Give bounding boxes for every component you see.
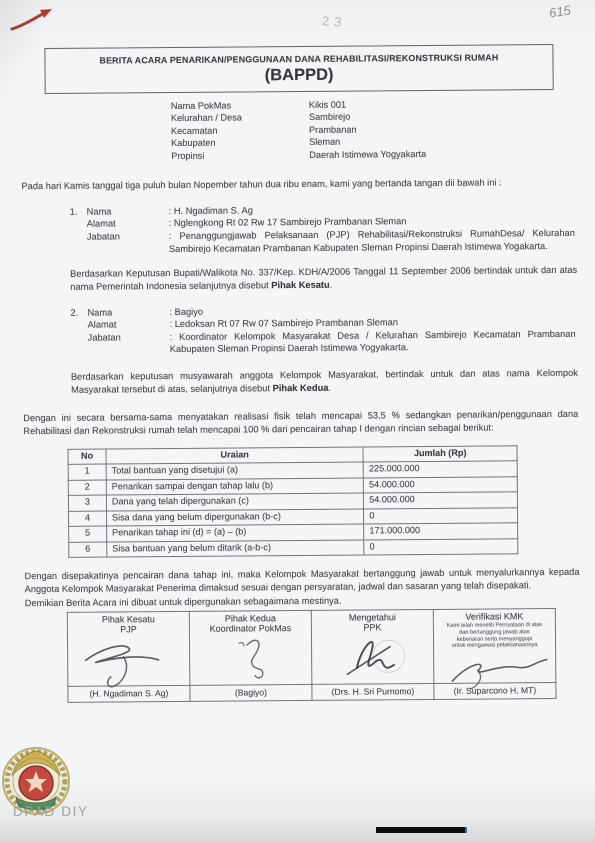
fisik-percentage: 53,5 %: [368, 411, 400, 421]
header-no: No: [68, 449, 106, 465]
party1-block: 1. Nama : H. Ngadiman S. Ag Alamat : Ngl…: [70, 202, 575, 256]
indent-spacer: [71, 331, 88, 356]
cell-uraian: Sisa bantuan yang belum ditarik (a-b-c): [107, 540, 364, 558]
indent-spacer: [70, 319, 87, 332]
cell-jumlah: 54.000.000: [364, 476, 518, 493]
pihak-kesatu-term: Pihak Kesatu: [271, 280, 329, 290]
party1-alamat-label: Alamat: [87, 217, 169, 230]
funds-table: No Uraian Jumlah (Rp) 1 Total bantuan ya…: [68, 445, 519, 558]
party1-jabatan-label: Jabatan: [87, 230, 169, 256]
pokmas-label: Propinsi: [171, 149, 309, 162]
party2-jabatan-value: : Koordinator Kelompok Masyarakat Desa /…: [170, 328, 576, 356]
signature-scribble-kmk: [434, 643, 555, 700]
pokmas-value: Prambanan: [309, 123, 357, 136]
cell-jumlah: 171.000.000: [364, 523, 518, 540]
cell-no: 2: [68, 480, 106, 496]
party2-block: 2. Nama : Bagiyo Alamat : Ledoksan Rt 07…: [70, 302, 575, 356]
scanned-document-page: BERITA ACARA PENARIKAN/PENGGUNAAN DANA R…: [0, 0, 595, 842]
signature-cell-ppk: Mengetahui PPK: [311, 610, 434, 685]
party1-jabatan-value: : Penanggungjawab Pelaksanaan (PJP) Reha…: [169, 227, 575, 255]
party1-nama-label: Nama: [87, 205, 169, 218]
closing-paragraph: Dengan disepakatinya pencairan dana taha…: [24, 566, 579, 596]
red-pen-check-mark: [10, 8, 54, 32]
document-title-abbrev: (BAPPD): [56, 64, 543, 87]
cell-no: 3: [68, 495, 106, 511]
party2-nama-label: Nama: [87, 306, 169, 319]
realisasi-paragraph: Dengan ini secara bersama-sama menyataka…: [23, 408, 578, 438]
redaction-bar: [376, 827, 467, 833]
signature-scribble-ppk: [312, 628, 433, 685]
header-jumlah: Jumlah (Rp): [363, 445, 517, 462]
dana-percentage: 100 %: [243, 424, 269, 434]
cell-no: 4: [69, 511, 107, 527]
pokmas-value: Sleman: [309, 136, 340, 149]
party1-number: 1.: [70, 205, 87, 218]
table-row: 6 Sisa bantuan yang belum ditarik (a-b-c…: [69, 538, 518, 557]
pokmas-value: Sambirejo: [309, 111, 350, 124]
signature-cell-pihak-kesatu: Pihak Kesatu PJP: [67, 612, 190, 687]
title-box: BERITA ACARA PENARIKAN/PENGGUNAAN DANA R…: [44, 44, 553, 94]
cell-no: 1: [68, 464, 106, 480]
cell-no: 5: [69, 526, 107, 542]
signature-scribble-pokmas: [190, 629, 311, 686]
party2-number: 2.: [70, 306, 87, 319]
pokmas-identity-block: Nama PokMas Kikis 001 Kelurahan / Desa S…: [171, 97, 576, 162]
signature-cell-kmk: Verifikasi KMK Kami telah meneliti Perny…: [433, 609, 556, 684]
paragraph-text: .: [328, 382, 331, 392]
sig-title: Verifikasi KMK: [437, 611, 552, 622]
pokmas-label: Kecamatan: [171, 124, 309, 137]
indent-spacer: [70, 218, 87, 231]
pihak-kedua-paragraph: Berdasarkan keputusan musyawarah anggota…: [71, 367, 578, 396]
pencil-annotation-center: 23: [322, 13, 347, 30]
cell-jumlah: 225.000.000: [363, 461, 517, 478]
paragraph-text: Dengan ini secara bersama-sama menyataka…: [23, 411, 368, 424]
opening-paragraph: Pada hari Kamis tanggal tiga puluh bulan…: [21, 176, 576, 193]
pokmas-label: Kabupaten: [171, 136, 309, 149]
pokmas-label: Kelurahan / Desa: [171, 111, 309, 124]
cell-jumlah: 54.000.000: [364, 492, 518, 509]
signature-cell-pihak-kedua: Pihak Kedua Koordinator PokMas: [189, 611, 312, 686]
pokmas-row: Propinsi Daerah Istimewa Yogyakarta: [171, 146, 576, 162]
signature-header-row: Pihak Kesatu PJP Pihak Kedua Koordinator…: [67, 609, 556, 687]
signer-name-pokmas: (Bagiyo): [190, 685, 312, 702]
paragraph-text: .: [330, 280, 333, 290]
pihak-kedua-term: Pihak Kedua: [273, 382, 329, 392]
signature-table: Pihak Kesatu PJP Pihak Kedua Koordinator…: [67, 608, 557, 703]
dpad-diy-watermark: DPAD DIY: [13, 804, 89, 819]
indent-spacer: [70, 231, 87, 256]
cell-jumlah: 0: [364, 538, 518, 555]
pokmas-value: Kikis 001: [309, 99, 346, 112]
document-sheet: BERITA ACARA PENARIKAN/PENGGUNAAN DANA R…: [0, 0, 595, 842]
signature-scribble-pjp: [68, 630, 189, 687]
pokmas-label: Nama PokMas: [171, 99, 309, 112]
cell-jumlah: 0: [364, 507, 518, 524]
pihak-kesatu-paragraph: Berdasarkan Keputusan Bupati/Walikota No…: [70, 264, 577, 293]
paragraph-text: dari pencairan tahap I dengan rincian se…: [269, 422, 493, 434]
cell-no: 6: [69, 542, 107, 558]
pokmas-value: Daerah Istimewa Yogyakarta: [309, 148, 426, 161]
party2-jabatan-label: Jabatan: [88, 331, 170, 357]
signer-name-pjp: (H. Ngadiman S. Ag): [68, 686, 190, 703]
party2-alamat-label: Alamat: [87, 318, 169, 331]
signer-name-ppk: (Drs. H. Sri Purnomo): [312, 684, 434, 701]
